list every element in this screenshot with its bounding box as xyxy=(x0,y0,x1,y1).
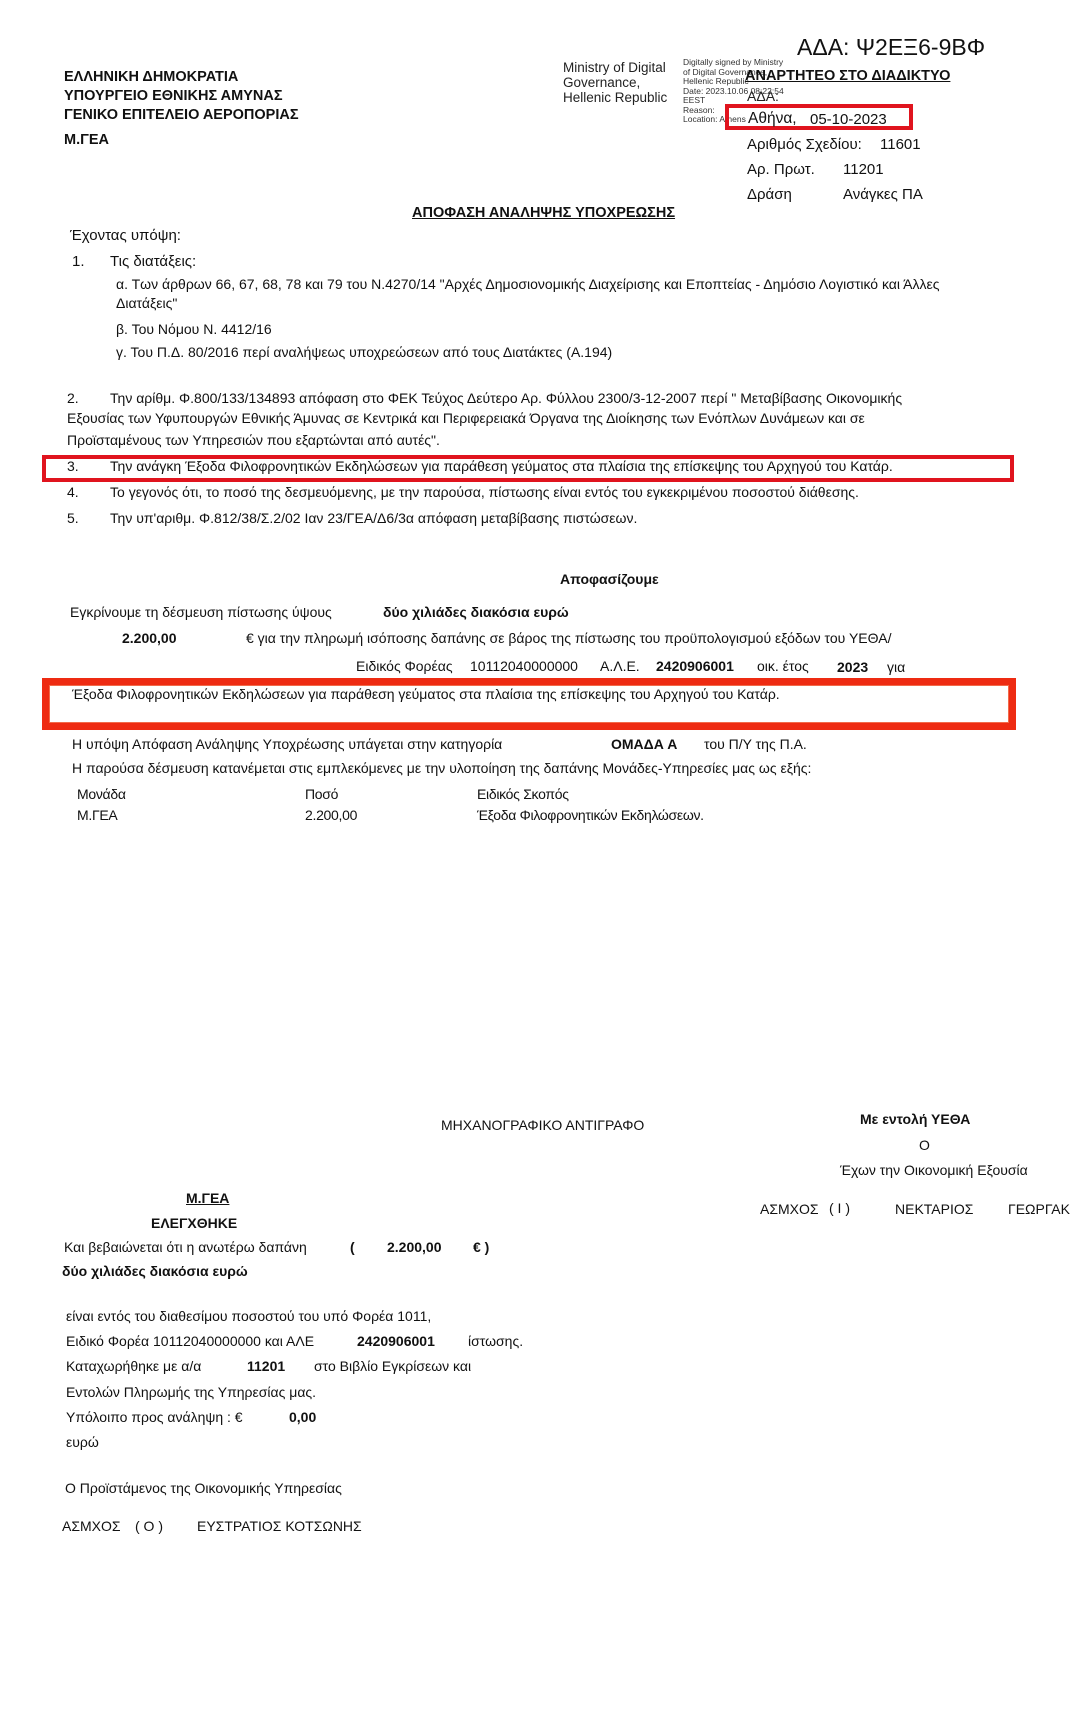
fiscal-year: 2023 xyxy=(837,659,868,675)
certify-amount-words: δύο χιλιάδες διακόσια ευρώ xyxy=(62,1263,248,1279)
category-value: ΟΜΑΔΑ Α xyxy=(611,736,677,752)
item-number: 4. xyxy=(67,484,79,500)
check-line: Εντολών Πληρωμής της Υπηρεσίας μας. xyxy=(66,1384,316,1400)
purpose-text: Έξοδα Φιλοφρονητικών Εκδηλώσεων για παρά… xyxy=(72,686,780,702)
item-text: Το γεγονός ότι, το ποσό της δεσμευόμενης… xyxy=(110,484,859,500)
allocation-text: Η παρούσα δέσμευση κατανέμεται στις εμπλ… xyxy=(72,760,811,776)
item-text: Προϊσταμένους των Υπηρεσιών που εξαρτώντ… xyxy=(67,432,440,448)
digital-signature-signer: Ministry of Digital Governance, Hellenic… xyxy=(563,60,667,105)
plan-number-label: Αριθμός Σχεδίου: xyxy=(747,136,862,153)
org-line: ΓΕΝΙΚΟ ΕΠΙΤΕΛΕΙΟ ΑΕΡΟΠΟΡΙΑΣ xyxy=(64,106,299,125)
year-label: οικ. έτος xyxy=(757,658,809,674)
check-entry-number: 11201 xyxy=(247,1358,285,1374)
signer-line: Governance, xyxy=(563,75,667,90)
item-number: 3. xyxy=(67,458,79,474)
balance-value: 0,00 xyxy=(289,1409,316,1425)
head-grade: ( Ο ) xyxy=(135,1518,163,1534)
table-header-unit: Μονάδα xyxy=(77,786,126,802)
special-body-label: Ειδικός Φορέας xyxy=(356,658,453,674)
copy-label: ΜΗΧΑΝΟΓΡΑΦΙΚΟ ΑΝΤΙΓΡΑΦΟ xyxy=(441,1117,644,1133)
item-text: Τις διατάξεις: xyxy=(110,253,196,270)
check-line: ίστωσης. xyxy=(468,1333,523,1349)
protocol-label: Αρ. Πρωτ. xyxy=(747,161,815,178)
item-text: Εξουσίας των Υφυπουργών Εθνικής Άμυνας σ… xyxy=(67,410,865,426)
ale-label: Α.Λ.Ε. xyxy=(600,658,640,674)
signer-line: Hellenic Republic xyxy=(563,90,667,105)
check-line: Ειδικό Φορέα 10112040000000 και ΑΛΕ xyxy=(66,1333,314,1349)
amount: 2.200,00 xyxy=(122,630,177,646)
table-header-amount: Ποσό xyxy=(305,786,338,802)
decision-heading: Αποφασίζουμε xyxy=(560,571,659,587)
signoff-first-name: ΝΕΚΤΑΡΙΟΣ xyxy=(895,1201,973,1217)
sub-item-text: Διατάξεις" xyxy=(116,295,177,311)
ada-small-label: ΑΔΑ: xyxy=(747,88,779,104)
place-label: Αθήνα, xyxy=(748,110,797,128)
ada-code: ΑΔΑ: Ψ2ΕΞ6-9ΒΦ xyxy=(797,34,985,61)
table-header-purpose: Ειδικός Σκοπός xyxy=(477,786,569,802)
order-label: Με εντολή ΥΕΘΑ xyxy=(860,1111,970,1127)
check-ale: 2420906001 xyxy=(357,1333,435,1349)
signer-line: Ministry of Digital xyxy=(563,60,667,75)
protocol-number: 11201 xyxy=(843,161,884,178)
checked-label: ΕΛΕΓΧΘΗΚΕ xyxy=(151,1215,237,1231)
check-line: είναι εντός του διαθεσίμου ποσοστού του … xyxy=(66,1308,431,1324)
item-text: Την ανάγκη Έξοδα Φιλοφρονητικών Εκδηλώσε… xyxy=(110,458,893,474)
special-body: 10112040000000 xyxy=(470,658,578,674)
plan-number: 11601 xyxy=(880,136,921,153)
check-unit: Μ.ΓΕΑ xyxy=(186,1190,229,1206)
for-label: για xyxy=(887,659,905,675)
publish-label: ΑΝΑΡΤΗΤΕΟ ΣΤΟ ΔΙΑΔΙΚΤΥΟ xyxy=(745,68,950,84)
category-suffix: του Π/Υ της Π.Α. xyxy=(704,736,807,752)
signoff-last-name: ΓΕΩΡΓΑΚ xyxy=(1008,1201,1070,1217)
action-value: Ανάγκες ΠΑ xyxy=(843,186,923,203)
signoff-role: Έχων την Οικονομική Εξουσία xyxy=(840,1162,1028,1178)
signoff-grade: ( Ι ) xyxy=(829,1200,850,1216)
table-cell-purpose: Έξοδα Φιλοφρονητικών Εκδηλώσεων. xyxy=(477,807,704,823)
item-text: Την αρίθμ. Φ.800/133/134893 απόφαση στο … xyxy=(110,390,902,406)
balance-label: Υπόλοιπο προς ανάληψη : € xyxy=(66,1409,243,1425)
payment-text: € για την πληρωμή ισόποσης δαπάνης σε βά… xyxy=(246,630,891,646)
org-line: ΕΛΛΗΝΙΚΗ ΔΗΜΟΚΡΑΤΙΑ xyxy=(64,68,299,87)
action-label: Δράση xyxy=(747,186,792,203)
item-number: 1. xyxy=(72,253,85,270)
document-title: ΑΠΟΦΑΣΗ ΑΝΑΛΗΨΗΣ ΥΠΟΧΡΕΩΣΗΣ xyxy=(412,205,675,221)
certify-euro: € ) xyxy=(473,1239,489,1255)
unit-label: Μ.ΓΕΑ xyxy=(64,132,109,148)
certify-open-paren: ( xyxy=(350,1239,355,1255)
balance-unit: ευρώ xyxy=(66,1434,99,1450)
item-number: 2. xyxy=(67,390,79,406)
item-text: Την υπ'αριθμ. Φ.812/38/Σ.2/02 Ιαν 23/ΓΕΑ… xyxy=(110,510,637,526)
head-role: Ο Προϊστάμενος της Οικονομικής Υπηρεσίας xyxy=(65,1480,342,1496)
category-text: Η υπόψη Απόφαση Ανάληψης Υποχρέωσης υπάγ… xyxy=(72,736,502,752)
sub-item-text: γ. Του Π.Δ. 80/2016 περί αναλήψεως υποχρ… xyxy=(116,344,612,360)
check-line: Καταχωρήθηκε με α/α xyxy=(66,1358,201,1374)
check-line: στο Βιβλίο Εγκρίσεων και xyxy=(314,1358,471,1374)
org-line: ΥΠΟΥΡΓΕΙΟ ΕΘΝΙΚΗΣ ΑΜΥΝΑΣ xyxy=(64,87,299,106)
approve-text: Εγκρίνουμε τη δέσμευση πίστωσης ύψους xyxy=(70,604,332,620)
sub-item-text: β. Του Νόμου Ν. 4412/16 xyxy=(116,321,272,337)
signoff-rank: ΑΣΜΧΟΣ xyxy=(760,1201,819,1217)
head-name: ΕΥΣΤΡΑΤΙΟΣ ΚΟΤΣΩΝΗΣ xyxy=(197,1518,362,1534)
certify-text: Και βεβαιώνεται ότι η ανωτέρω δαπάνη xyxy=(64,1239,307,1255)
signoff-article: Ο xyxy=(919,1137,930,1153)
document-date: 05-10-2023 xyxy=(810,111,887,128)
table-cell-amount: 2.200,00 xyxy=(305,807,357,823)
certify-amount: 2.200,00 xyxy=(387,1239,442,1255)
organization-header: ΕΛΛΗΝΙΚΗ ΔΗΜΟΚΡΑΤΙΑ ΥΠΟΥΡΓΕΙΟ ΕΘΝΙΚΗΣ ΑΜ… xyxy=(64,68,299,125)
table-cell-unit: Μ.ΓΕΑ xyxy=(77,807,117,823)
amount-words: δύο χιλιάδες διακόσια ευρώ xyxy=(383,604,569,620)
head-rank: ΑΣΜΧΟΣ xyxy=(62,1518,121,1534)
sub-item-text: α. Των άρθρων 66, 67, 68, 78 και 79 του … xyxy=(116,276,939,292)
considering-label: Έχοντας υπόψη: xyxy=(70,227,181,244)
ale-code: 2420906001 xyxy=(656,658,734,674)
item-number: 5. xyxy=(67,510,79,526)
